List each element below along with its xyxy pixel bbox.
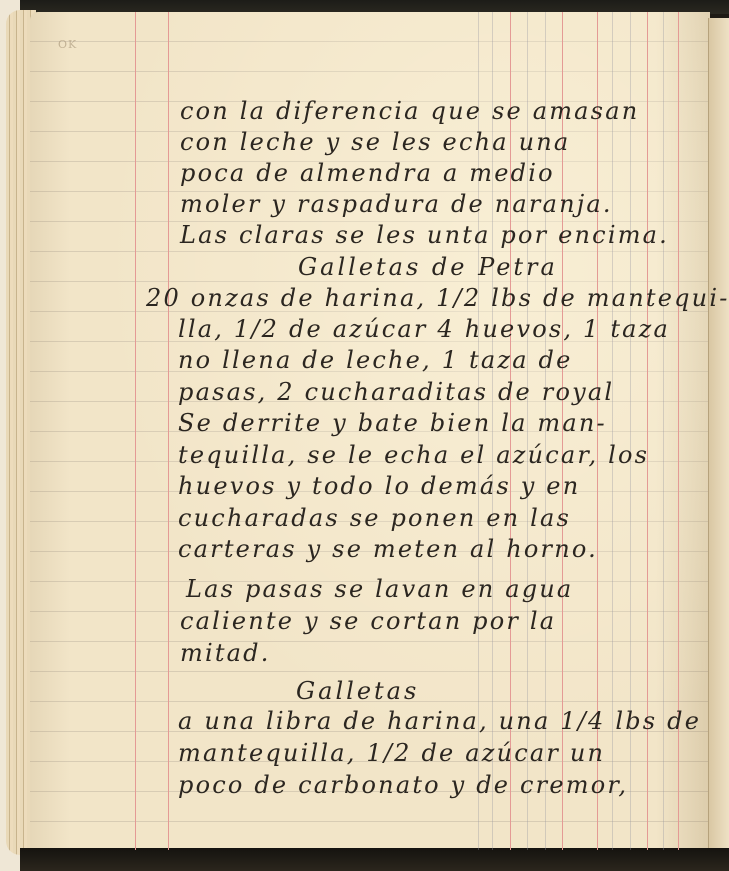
text-line: huevos y todo lo demás y en — [178, 471, 580, 501]
text-line: tequilla, se le echa el azúcar, los — [178, 440, 649, 470]
text-line: Las pasas se lavan en agua — [186, 574, 573, 604]
text-line: no llena de leche, 1 taza de — [178, 345, 573, 375]
text-line: con leche y se les echa una — [180, 127, 570, 157]
handwritten-text: con la diferencia que se amasan con lech… — [0, 0, 729, 871]
text-line: cucharadas se ponen en las — [178, 503, 571, 533]
text-line: Las claras se les unta por encima. — [180, 220, 669, 250]
text-line: 20 onzas de harina, 1/2 lbs de mantequi- — [146, 283, 729, 313]
text-line: Se derrite y bate bien la man- — [178, 408, 607, 438]
recipe-title: Galletas — [296, 676, 419, 706]
text-line: mantequilla, 1/2 de azúcar un — [178, 738, 605, 768]
text-line: con la diferencia que se amasan — [180, 96, 639, 126]
text-line: carteras y se meten al horno. — [178, 534, 598, 564]
text-line: a una libra de harina, una 1/4 lbs de — [178, 706, 701, 736]
text-line: pasas, 2 cucharaditas de royal — [178, 377, 614, 407]
recipe-title: Galletas de Petra — [298, 252, 558, 282]
text-line: moler y raspadura de naranja. — [180, 189, 613, 219]
text-line: poca de almendra a medio — [180, 158, 555, 188]
text-line: caliente y se cortan por la — [180, 606, 556, 636]
text-line: mitad. — [180, 638, 271, 668]
text-line: poco de carbonato y de cremor, — [178, 770, 628, 800]
text-line: lla, 1/2 de azúcar 4 huevos, 1 taza — [178, 314, 670, 344]
